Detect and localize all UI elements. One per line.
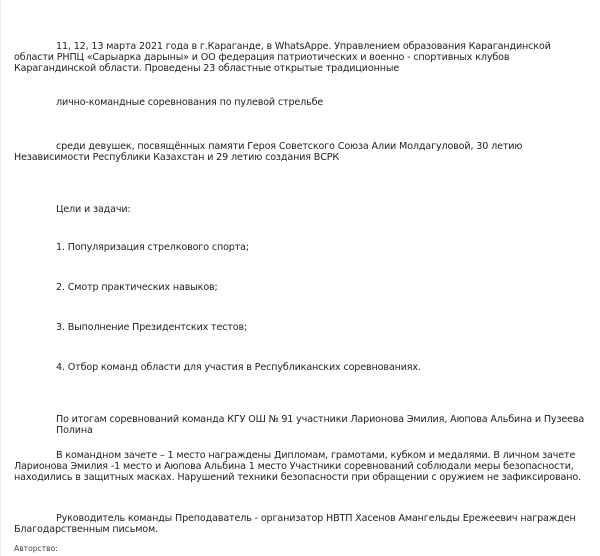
document-page: 11, 12, 13 марта 2021 года в г.Караганде…: [0, 0, 600, 556]
awards-paragraph: В командном зачете – 1 место награждены …: [14, 450, 592, 483]
goal-item-4: 4. Отбор команд области для участия в Ре…: [14, 362, 592, 373]
goal-item-3: 3. Выполнение Президентских тестов;: [14, 322, 592, 333]
competition-title-text: лично-командные соревнования по пулевой …: [56, 97, 323, 108]
results-text: По итогам соревнований команда КГУ ОШ № …: [56, 414, 584, 436]
dedication-paragraph: среди девушек, посвящённых памяти Героя …: [14, 141, 592, 163]
intro-text: 11, 12, 13 марта 2021 года в г.Караганде…: [14, 41, 551, 74]
competition-title-paragraph: лично-командные соревнования по пулевой …: [14, 97, 592, 108]
authorship-label: Авторство:: [14, 544, 58, 554]
goal-item-2-text: 2. Смотр практических навыков;: [56, 282, 218, 293]
goal-item-1-text: 1. Популяризация стрелкового спорта;: [56, 242, 249, 253]
awards-text: В командном зачете – 1 место награждены …: [14, 450, 581, 483]
results-paragraph: По итогам соревнований команда КГУ ОШ № …: [14, 414, 592, 436]
intro-paragraph: 11, 12, 13 марта 2021 года в г.Караганде…: [14, 41, 592, 74]
goals-heading-text: Цели и задачи:: [56, 204, 131, 215]
team-leader-paragraph: Руководитель команды Преподаватель - орг…: [14, 513, 592, 535]
goal-item-3-text: 3. Выполнение Президентских тестов;: [56, 322, 247, 333]
dedication-text: среди девушек, посвящённых памяти Героя …: [14, 141, 522, 163]
goals-heading: Цели и задачи:: [14, 204, 592, 215]
goal-item-2: 2. Смотр практических навыков;: [14, 282, 592, 293]
goal-item-1: 1. Популяризация стрелкового спорта;: [14, 242, 592, 253]
team-leader-text: Руководитель команды Преподаватель - орг…: [14, 513, 576, 535]
goal-item-4-text: 4. Отбор команд области для участия в Ре…: [56, 362, 421, 373]
